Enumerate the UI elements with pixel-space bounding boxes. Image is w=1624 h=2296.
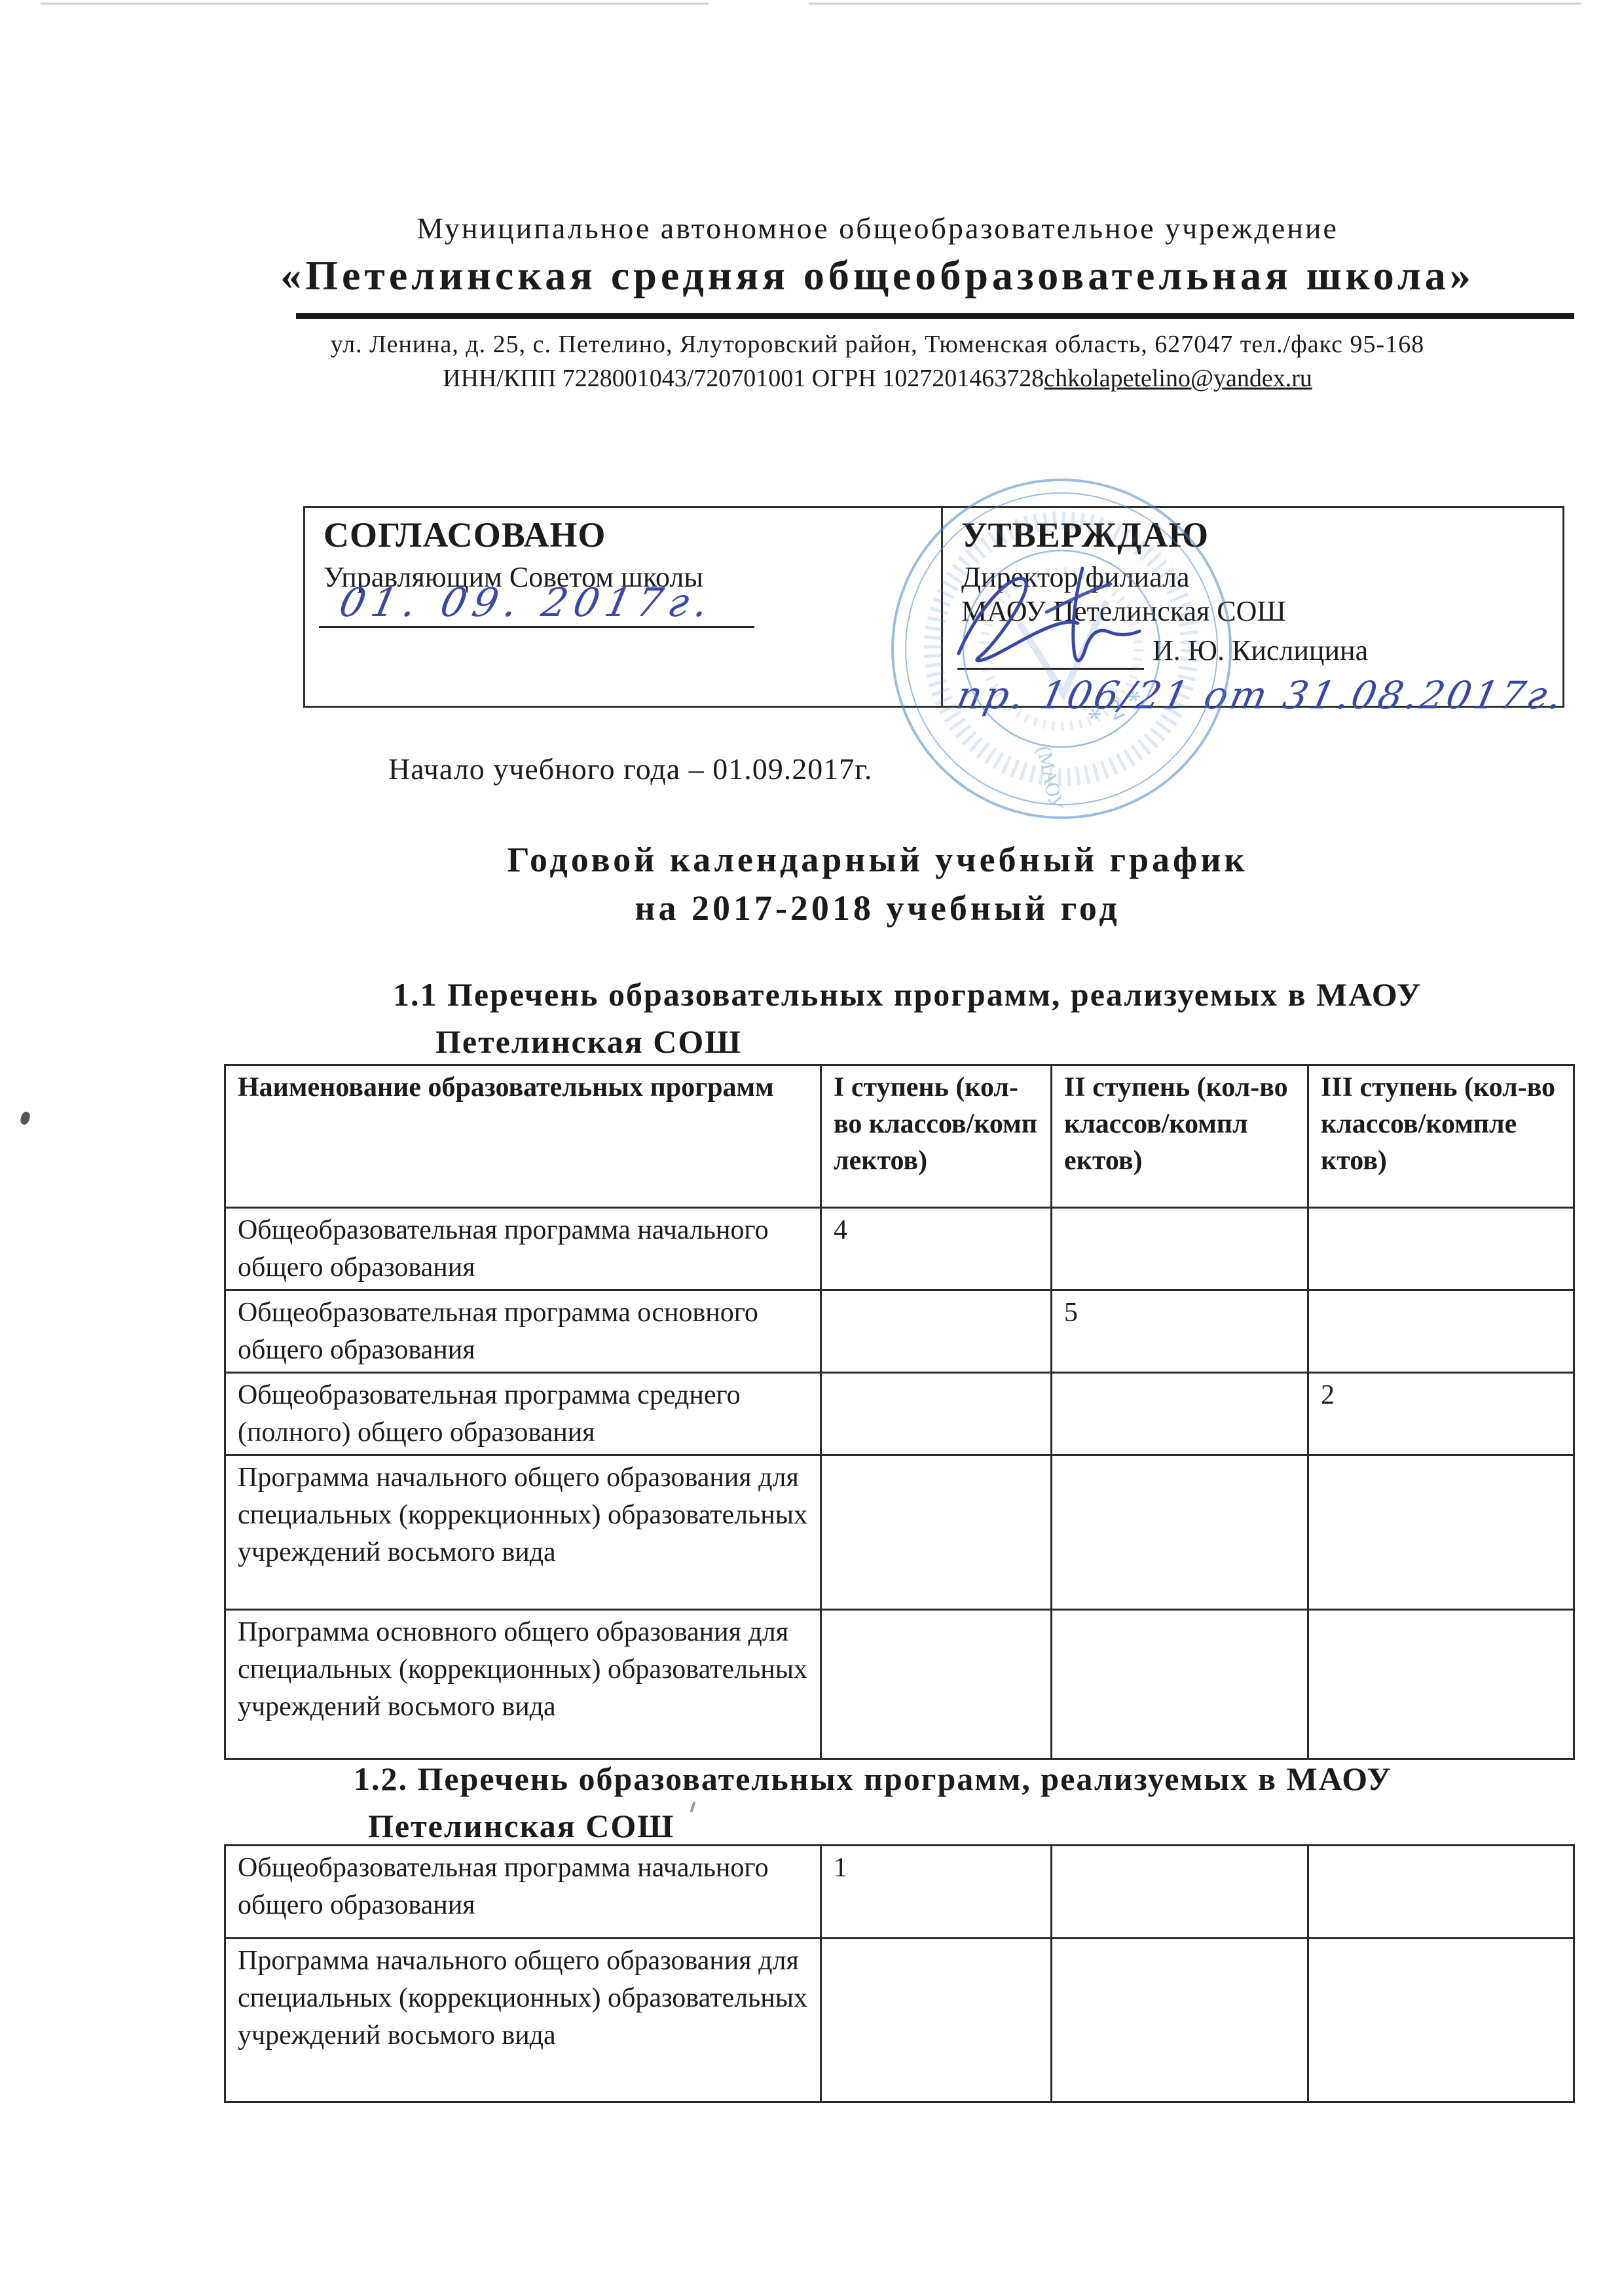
- program-name-cell: Общеобразовательная программа среднего (…: [225, 1373, 821, 1455]
- email-text: chkolapetelino@yandex.ru: [1044, 365, 1312, 392]
- table-row: Программа основного общего образования д…: [225, 1610, 1574, 1759]
- program-name-cell: Общеобразовательная программа начального…: [225, 1208, 821, 1290]
- programs-table-1: Наименование образовательных программ I …: [224, 1064, 1575, 1760]
- school-name: «Петелинская средняя общеобразовательная…: [223, 251, 1532, 300]
- stage1-cell: [821, 1373, 1052, 1455]
- stage2-cell: 5: [1052, 1290, 1308, 1373]
- letterhead-rule: [296, 313, 1574, 319]
- doc-title-line2: на 2017-2018 учебный год: [223, 888, 1532, 928]
- table-row: Программа начального общего образования …: [225, 1939, 1574, 2102]
- requisites-line: ИНН/КПП 7228001043/720701001 ОГРН 102720…: [223, 364, 1532, 393]
- doc-title-line1: Годовой календарный учебный график: [223, 839, 1532, 880]
- year-start-line: Начало учебного года – 01.09.2017г.: [388, 752, 872, 786]
- inn-ogrn-text: ИНН/КПП 7228001043/720701001 ОГРН 102720…: [443, 365, 1044, 392]
- org-type-line: Муниципальное автономное общеобразовател…: [223, 211, 1532, 246]
- stage3-cell: [1308, 1455, 1574, 1610]
- program-name-cell: Программа основного общего образования д…: [225, 1610, 821, 1759]
- stage3-cell: [1308, 1208, 1574, 1290]
- stage2-cell: [1052, 1610, 1308, 1759]
- section-1-2-heading-line2: Петелинская СОШ: [368, 1807, 674, 1845]
- col-header-name: Наименование образовательных программ: [225, 1065, 821, 1208]
- programs-table-2: Общеобразовательная программа начального…: [224, 1844, 1575, 2103]
- director-signature: [948, 550, 1164, 681]
- stamp-fragment-number: * 2 *: [1083, 683, 1149, 736]
- stage1-cell: 1: [821, 1846, 1052, 1939]
- agreed-title: СОГЛАСОВАНО: [323, 515, 606, 555]
- table-row: Общеобразовательная программа начального…: [225, 1846, 1574, 1939]
- stage1-cell: [821, 1455, 1052, 1610]
- scan-edge-line: [809, 3, 1581, 5]
- stage2-cell: [1052, 1373, 1308, 1455]
- scan-artifact-tick: [690, 1802, 696, 1812]
- stage1-cell: [821, 1290, 1052, 1373]
- stage3-cell: [1308, 1290, 1574, 1373]
- scan-artifact-dot: [19, 1110, 31, 1125]
- stage1-cell: [821, 1939, 1052, 2102]
- stage2-cell: [1052, 1455, 1308, 1610]
- address-line: ул. Ленина, д. 25, с. Петелино, Ялуторов…: [223, 330, 1532, 359]
- table-row: Общеобразовательная программа среднего (…: [225, 1373, 1574, 1455]
- stage1-cell: [821, 1610, 1052, 1759]
- stage2-cell: [1052, 1939, 1308, 2102]
- table-row: Общеобразовательная программа начального…: [225, 1208, 1574, 1290]
- agreed-date-handwriting: 01. 09. 2017г.: [335, 580, 719, 626]
- scanned-document-page: Муниципальное автономное общеобразовател…: [0, 0, 1624, 2296]
- section-1-1-heading-line1: 1.1 Перечень образовательных программ, р…: [393, 975, 1422, 1013]
- col-header-stage2: II ступень (кол-во классов/компл ектов): [1052, 1065, 1308, 1208]
- stamp-fragment-org: (МАОУ: [1033, 744, 1067, 812]
- table-row: Общеобразовательная программа основного …: [225, 1290, 1574, 1373]
- table-header-row: Наименование образовательных программ I …: [225, 1065, 1574, 1208]
- stage2-cell: [1052, 1208, 1308, 1290]
- stage3-cell: [1308, 1846, 1574, 1939]
- stage1-cell: 4: [821, 1208, 1052, 1290]
- program-name-cell: Программа начального общего образования …: [225, 1455, 821, 1610]
- section-1-2-heading-line1: 1.2. Перечень образовательных программ, …: [354, 1760, 1392, 1798]
- program-name-cell: Общеобразовательная программа основного …: [225, 1290, 821, 1373]
- program-name-cell: Программа начального общего образования …: [225, 1939, 821, 2102]
- stage3-cell: 2: [1308, 1373, 1574, 1455]
- stage2-cell: [1052, 1846, 1308, 1939]
- scan-edge-line: [41, 3, 709, 5]
- col-header-stage3: III ступень (кол-во классов/компле ктов): [1308, 1065, 1574, 1208]
- stage3-cell: [1308, 1939, 1574, 2102]
- stage3-cell: [1308, 1610, 1574, 1759]
- program-name-cell: Общеобразовательная программа начального…: [225, 1846, 821, 1939]
- col-header-stage1: I ступень (кол-во классов/комп лектов): [821, 1065, 1052, 1208]
- section-1-1-heading-line2: Петелинская СОШ: [435, 1023, 742, 1061]
- agreed-date-underline: [319, 626, 754, 628]
- table-row: Программа начального общего образования …: [225, 1455, 1574, 1610]
